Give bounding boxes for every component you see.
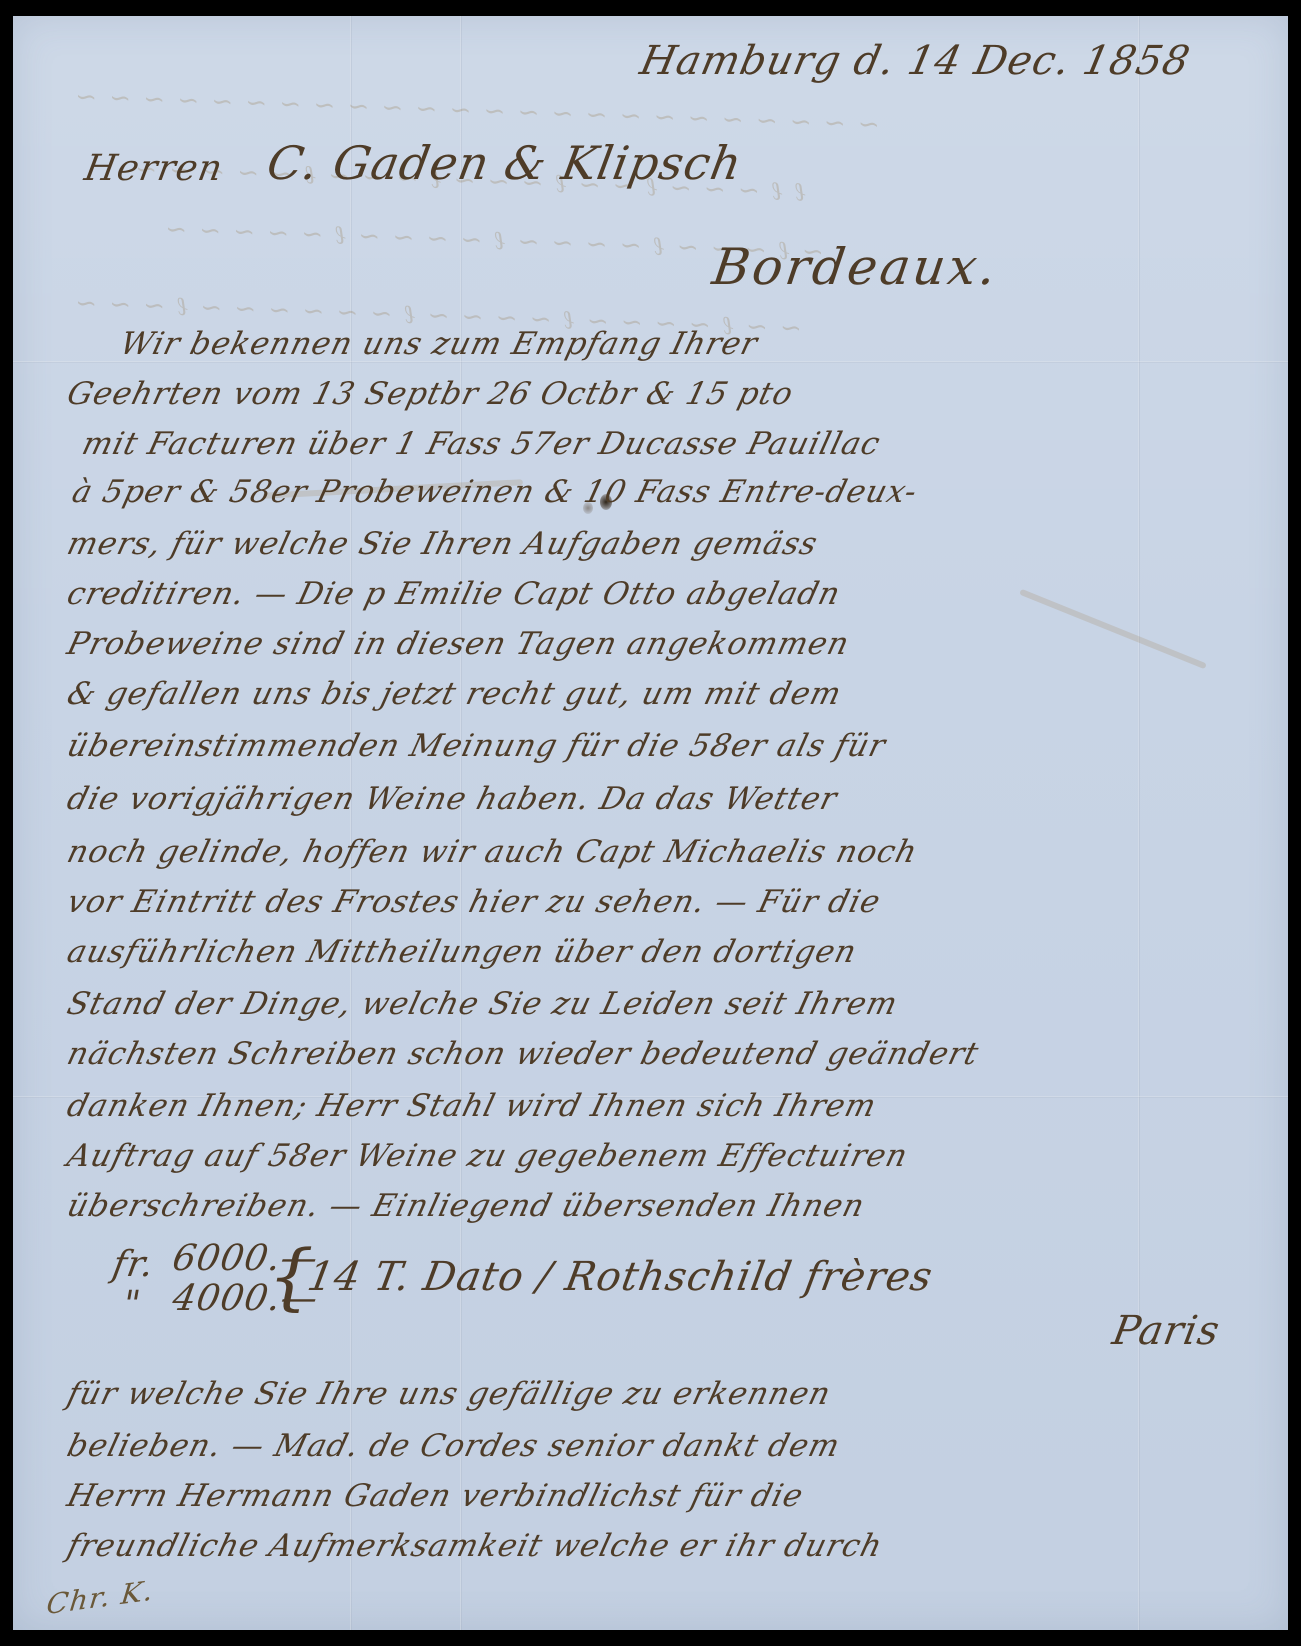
closing-line: Herrn Hermann Gaden verbindlichst für di… xyxy=(64,1478,808,1514)
body-line: creditiren. — Die p Emilie Capt Otto abg… xyxy=(64,576,845,612)
closing-line: für welche Sie Ihre uns gefällige zu erk… xyxy=(64,1376,835,1412)
body-line: ausführlichen Mittheilungen über den dor… xyxy=(64,934,861,970)
closing-line: belieben. — Mad. de Cordes senior dankt … xyxy=(64,1428,844,1464)
body-line: übereinstimmenden Meinung für die 58er a… xyxy=(64,728,890,764)
salutation: Herren xyxy=(81,148,226,189)
body-line: danken Ihnen; Herr Stahl wird Ihnen sich… xyxy=(64,1088,881,1124)
body-line: nächsten Schreiben schon wieder bedeuten… xyxy=(64,1036,983,1072)
draft-terms: 14 T. Dato / Rothschild frères xyxy=(304,1254,936,1300)
body-line: Stand der Dinge, welche Sie zu Leiden se… xyxy=(64,986,902,1022)
body-line: mit Facturen über 1 Fass 57er Ducasse Pa… xyxy=(79,426,885,462)
show-through-text: ~ ~ ~ ~ ~ ~ ~ ~ ~ ~ ~ ~ ~ ~ ~ ~ ~ ~ ~ ~ … xyxy=(73,82,880,140)
body-line: mers, für welche Sie Ihren Aufgaben gemä… xyxy=(64,526,822,562)
body-line: überschreiben. — Einliegend übersenden I… xyxy=(64,1188,869,1224)
body-line: Wir bekennen uns zum Empfang Ihrer xyxy=(117,326,762,362)
amount-currency: fr. xyxy=(109,1244,157,1285)
fold-crease xyxy=(1138,16,1140,1630)
marginal-note: Chr. K. xyxy=(45,1574,156,1621)
letter-paper: ~ ~ ~ ~ ~ ~ ~ ~ ~ ~ ~ ~ ~ ~ ~ ~ ~ ~ ~ ~ … xyxy=(13,16,1288,1630)
stain xyxy=(1019,589,1207,669)
body-line: noch gelinde, hoffen wir auch Capt Micha… xyxy=(64,834,922,870)
body-line: Geehrten vom 13 Septbr 26 Octbr & 15 pto xyxy=(64,376,798,412)
body-line: & gefallen uns bis jetzt recht gut, um m… xyxy=(64,676,846,712)
brace-icon: { xyxy=(268,1234,314,1318)
amount-currency: " xyxy=(119,1284,144,1325)
body-line: vor Eintritt des Frostes hier zu sehen. … xyxy=(64,884,885,920)
recipient-name: C. Gaden & Klipsch xyxy=(263,136,746,190)
body-line: Probeweine sind in diesen Tagen angekomm… xyxy=(64,626,854,662)
body-line: die vorigjährigen Weine haben. Da das We… xyxy=(64,781,842,817)
draft-place: Paris xyxy=(1109,1308,1224,1354)
closing-line: freundliche Aufmerksamkeit welche er ihr… xyxy=(64,1528,887,1564)
place-date: Hamburg d. 14 Dec. 1858 xyxy=(636,38,1194,84)
body-line: à 5per & 58er Probeweinen & 10 Fass Entr… xyxy=(69,474,922,510)
recipient-city: Bordeaux. xyxy=(709,238,1003,296)
body-line: Auftrag auf 58er Weine zu gegebenem Effe… xyxy=(64,1138,912,1174)
